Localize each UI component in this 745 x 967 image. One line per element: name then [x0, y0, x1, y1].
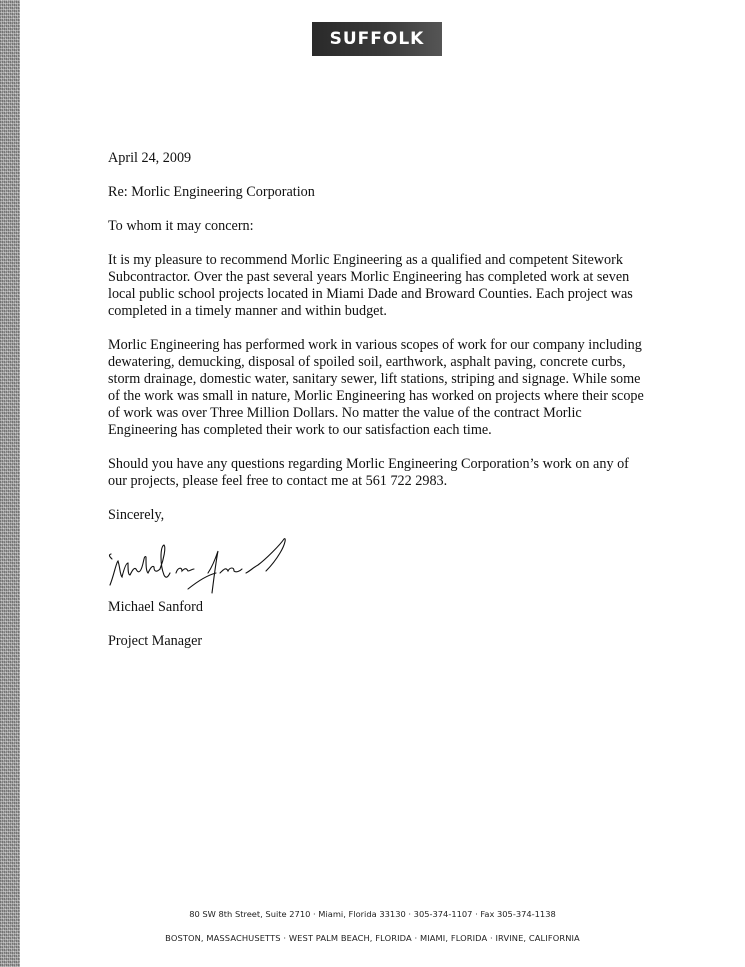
footer-offices: BOSTON, MASSACHUSETTS · WEST PALM BEACH,…: [0, 933, 745, 943]
paragraph-3: Should you have any questions regarding …: [108, 456, 648, 490]
footer-address: 80 SW 8th Street, Suite 2710 · Miami, Fl…: [0, 909, 745, 919]
paragraph-1: It is my pleasure to recommend Morlic En…: [108, 252, 648, 320]
re-line: Re: Morlic Engineering Corporation: [108, 184, 648, 201]
paragraph-2: Morlic Engineering has performed work in…: [108, 337, 648, 439]
signer-name: Michael Sanford: [108, 599, 648, 616]
logo-text: SUFFOLK: [330, 29, 425, 49]
signer-title: Project Manager: [108, 633, 648, 650]
suffolk-logo: SUFFOLK: [312, 22, 442, 56]
scan-edge-shading: [0, 0, 20, 967]
salutation: To whom it may concern:: [108, 218, 648, 235]
closing: Sincerely,: [108, 507, 648, 524]
letter-date: April 24, 2009: [108, 150, 648, 167]
handwritten-signature: [108, 537, 308, 599]
letter-body: April 24, 2009 Re: Morlic Engineering Co…: [108, 150, 648, 667]
